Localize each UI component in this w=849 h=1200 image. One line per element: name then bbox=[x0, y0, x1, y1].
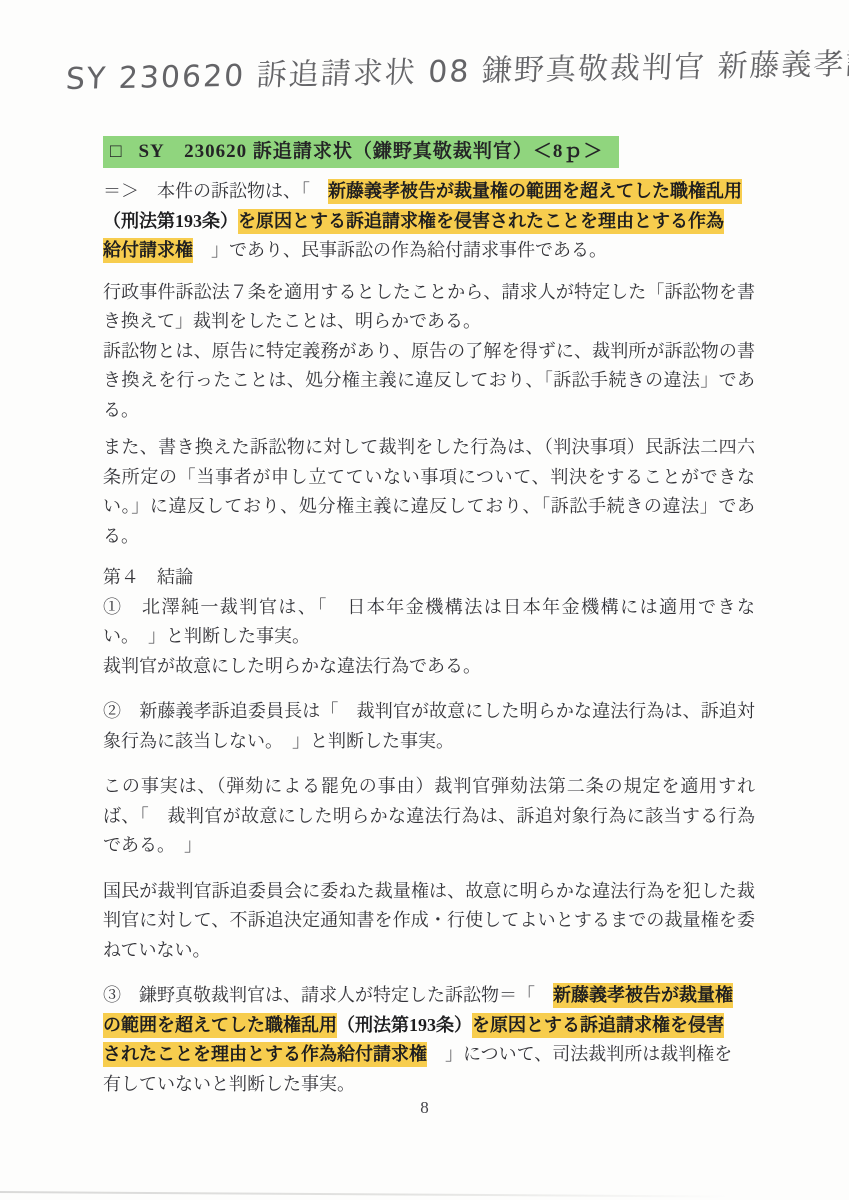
paragraph-subject-of-suit: ＝＞ 本件の訴訟物は、「 新藤義孝被告が裁量権の範囲を超えてした職権乱用 （刑法… bbox=[103, 177, 755, 266]
text-segment: 」であり、民事訴訟の作為給付請求事件である。 bbox=[193, 240, 607, 260]
paragraph-subject-duty: 訴訟物とは、原告に特定義務があり、原告の了解を得ずに、裁判所が訴訟物の書き換えを… bbox=[103, 337, 755, 426]
text-line: （刑法第193条）を原因とする訴追請求権を侵害されたことを理由とする作為 bbox=[103, 207, 755, 237]
paragraph-item1-remark: 裁判官が故意にした明らかな違法行為である。 bbox=[103, 652, 755, 682]
header-row: □SY 230620 訴追請求状（鎌野真敬裁判官）＜8ｐ＞ bbox=[103, 136, 755, 168]
document-body: □SY 230620 訴追請求状（鎌野真敬裁判官）＜8ｐ＞ ＝＞ 本件の訴訟物は… bbox=[103, 136, 755, 1099]
page-number: 8 bbox=[0, 1098, 849, 1118]
text-segment: ③ 鎌野真敬裁判官は、請求人が特定した訴訟物＝「 bbox=[103, 985, 553, 1005]
yellow-highlight-segment: の範囲を超えてした職権乱用 bbox=[103, 1013, 337, 1038]
yellow-highlight-segment: 新藤義孝被告が裁量権 bbox=[553, 983, 733, 1008]
scanned-document-page: SY 230620 訴追請求状 08 鎌野真敬裁判官 新藤義孝訴訟 □SY 23… bbox=[0, 0, 849, 1200]
text-segment: ＝＞ 本件の訴訟物は、「 bbox=[103, 181, 328, 201]
yellow-highlight-segment: を原因とする訴追請求権を侵害 bbox=[472, 1013, 724, 1038]
bold-segment: （刑法第193条） bbox=[337, 1015, 472, 1035]
yellow-highlight-segment: 新藤義孝被告が裁量権の範囲を超えてした職権乱用 bbox=[328, 179, 742, 204]
green-highlighted-header: □SY 230620 訴追請求状（鎌野真敬裁判官）＜8ｐ＞ bbox=[103, 136, 619, 168]
paragraph-admin-case-law: 行政事件訴訟法７条を適用するとしたことから、請求人が特定した「訴訟物を書き換えて… bbox=[103, 278, 755, 337]
text-line: 給付請求権 」であり、民事訴訟の作為給付請求事件である。 bbox=[103, 236, 755, 266]
text-line: ③ 鎌野真敬裁判官は、請求人が特定した訴訟物＝「 新藤義孝被告が裁量権 bbox=[103, 981, 755, 1011]
text-line: ＝＞ 本件の訴訟物は、「 新藤義孝被告が裁量権の範囲を超えてした職権乱用 bbox=[103, 177, 755, 207]
bold-segment: （刑法第193条） bbox=[103, 211, 238, 231]
paragraph-impeachment-law: この事実は、（弾劾による罷免の事由）裁判官弾劾法第二条の規定を適用すれば、「 裁… bbox=[103, 772, 755, 861]
yellow-highlight-segment: 給付請求権 bbox=[103, 238, 193, 263]
paragraph-item2-chairman-shindo: ② 新藤義孝訴追委員長は「 裁判官が故意にした明らかな違法行為は、訴追対象行為に… bbox=[103, 697, 755, 756]
text-line: の範囲を超えてした職権乱用（刑法第193条）を原因とする訴追請求権を侵害 bbox=[103, 1011, 755, 1041]
paper-edge-scan-artifact bbox=[0, 1191, 730, 1198]
text-segment: 有していないと判断した事実。 bbox=[103, 1074, 355, 1094]
text-line: 有していないと判断した事実。 bbox=[103, 1070, 755, 1100]
handwritten-title: SY 230620 訴追請求状 08 鎌野真敬裁判官 新藤義孝訴訟 bbox=[65, 39, 837, 98]
header-title: SY 230620 訴追請求状（鎌野真敬裁判官）＜8ｐ＞ bbox=[138, 141, 603, 162]
text-line: されたことを理由とする作為給付請求権 」について、司法裁判所は裁判権を bbox=[103, 1040, 755, 1070]
yellow-highlight-segment: を原因とする訴追請求権を侵害されたことを理由とする作為 bbox=[238, 209, 724, 234]
checkbox-icon: □ bbox=[110, 141, 122, 162]
text-segment: 」について、司法裁判所は裁判権を bbox=[427, 1044, 732, 1064]
paragraph-civil-procedure-246: また、書き換えた訴訟物に対して裁判をした行為は、（判決事項）民訴法二四六条所定の… bbox=[103, 433, 755, 551]
paragraph-item1-judge-kitazawa: ① 北澤純一裁判官は、「 日本年金機構法は日本年金機構には適用できない。 」と判… bbox=[103, 593, 755, 652]
section-heading-conclusion: 第４ 結論 bbox=[103, 563, 755, 593]
yellow-highlight-segment: されたことを理由とする作為給付請求権 bbox=[103, 1042, 427, 1067]
paragraph-item3-judge-kamano: ③ 鎌野真敬裁判官は、請求人が特定した訴訟物＝「 新藤義孝被告が裁量権 の範囲を… bbox=[103, 981, 755, 1099]
paragraph-discretion-limits: 国民が裁判官訴追委員会に委ねた裁量権は、故意に明らかな違法行為を犯した裁判官に対… bbox=[103, 877, 755, 966]
